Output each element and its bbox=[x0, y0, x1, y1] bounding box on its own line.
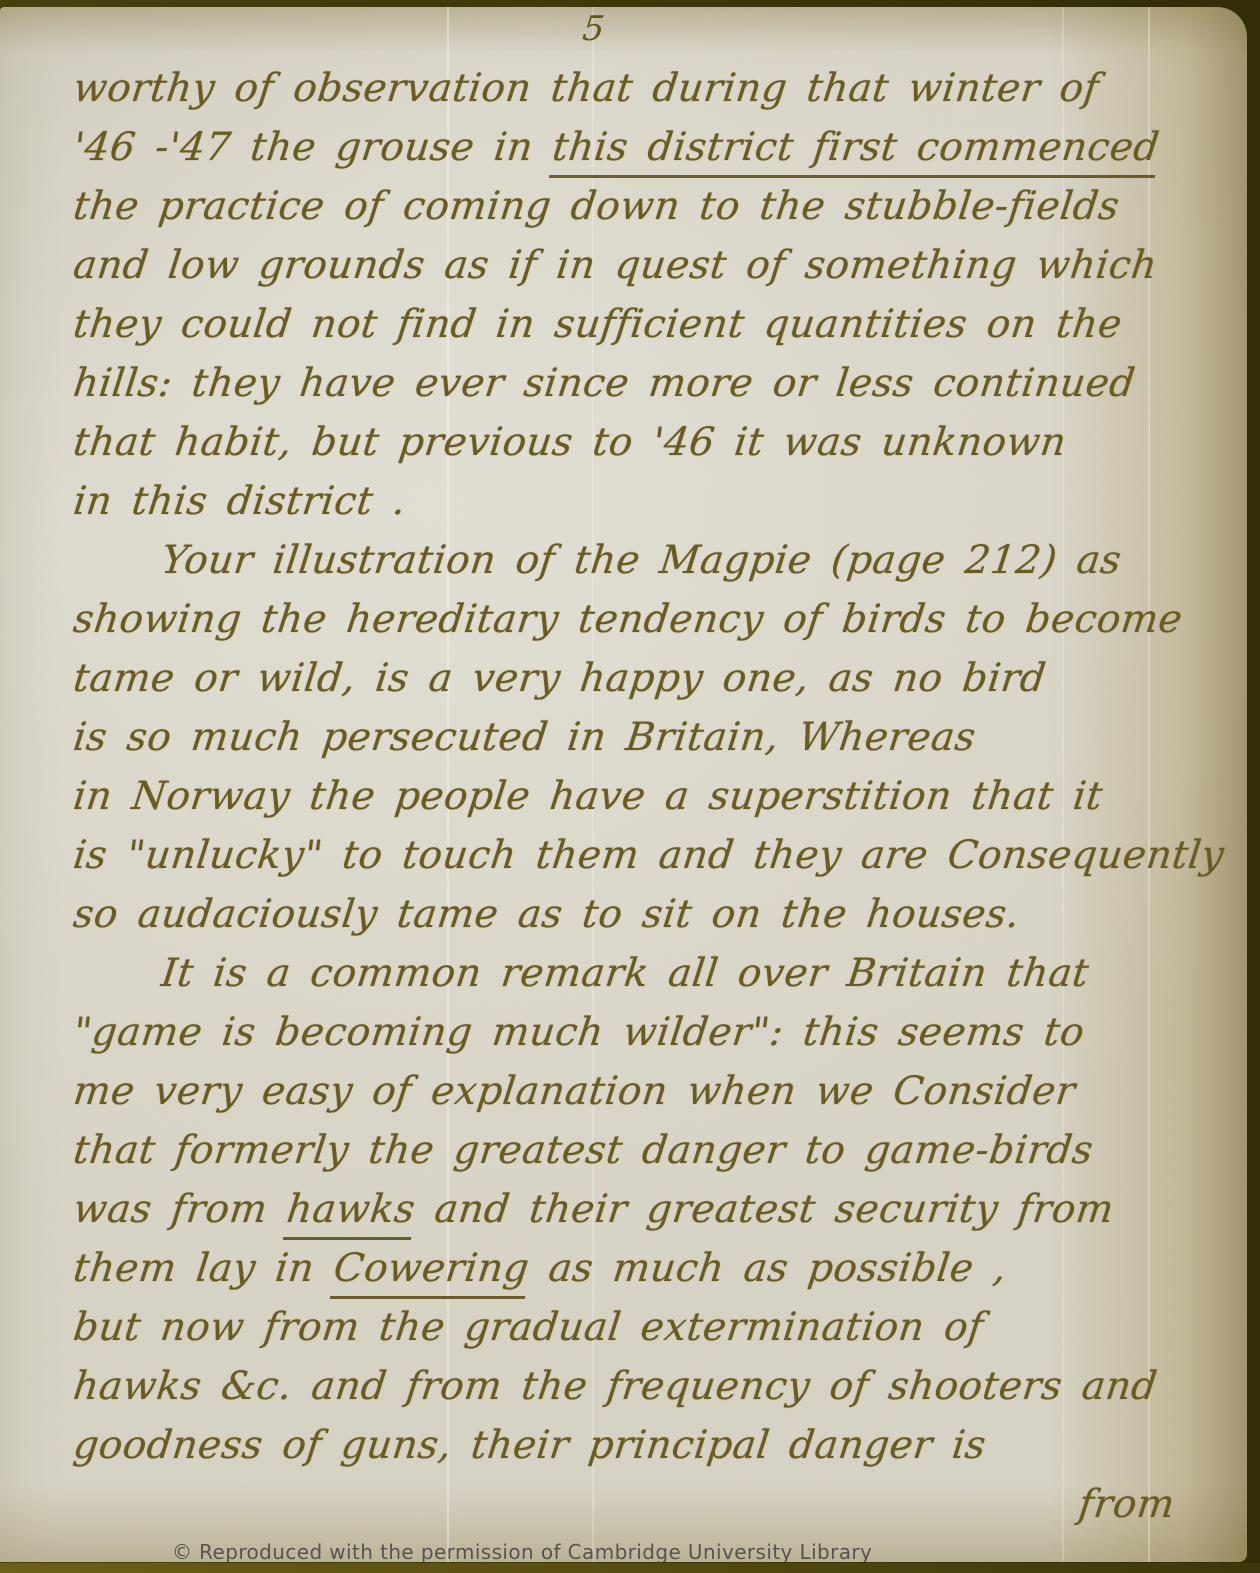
manuscript-line: that habit, but previous to '46 it was u… bbox=[70, 413, 1236, 472]
handwritten-text: goodness of guns, their principal danger… bbox=[71, 1423, 989, 1468]
manuscript-line: and low grounds as if in quest of someth… bbox=[70, 236, 1236, 295]
manuscript-line: the practice of coming down to the stubb… bbox=[70, 177, 1236, 236]
manuscript-line: Your illustration of the Magpie (page 21… bbox=[70, 531, 1236, 590]
handwritten-text: "game is becoming much wilder": this see… bbox=[71, 1010, 1087, 1055]
handwritten-text: is "unlucky" to touch them and they are … bbox=[71, 833, 1227, 878]
scanned-page: 5 worthy of observation that during that… bbox=[0, 0, 1260, 1573]
paper: 5 worthy of observation that during that… bbox=[0, 7, 1247, 1562]
handwritten-text: tame or wild, is a very happy one, as no… bbox=[71, 656, 1049, 701]
manuscript-line: hills: they have ever since more or less… bbox=[70, 354, 1236, 413]
handwritten-text: It is a common remark all over Britain t… bbox=[159, 951, 1092, 996]
manuscript-line: is "unlucky" to touch them and they are … bbox=[70, 826, 1236, 885]
handwritten-text: but now from the gradual extermination o… bbox=[71, 1305, 986, 1350]
manuscript-line: in Norway the people have a superstition… bbox=[70, 767, 1236, 826]
manuscript-line: was from hawks and their greatest securi… bbox=[70, 1180, 1236, 1239]
handwritten-text: Your illustration of the Magpie (page 21… bbox=[159, 538, 1124, 583]
manuscript-line: so audaciously tame as to sit on the hou… bbox=[70, 885, 1236, 944]
handwritten-text: is so much persecuted in Britain, Wherea… bbox=[71, 715, 978, 760]
handwritten-text: worthy of observation that during that w… bbox=[71, 66, 1102, 111]
handwritten-text: so audaciously tame as to sit on the hou… bbox=[71, 892, 1022, 937]
underlined-handwritten-text: Cowering bbox=[330, 1246, 531, 1299]
manuscript-line: '46 -'47 the grouse in this district fir… bbox=[70, 118, 1236, 177]
handwritten-text: and low grounds as if in quest of someth… bbox=[71, 243, 1160, 288]
handwritten-text: and their greatest security from bbox=[412, 1187, 1116, 1232]
handwritten-text: hawks &c. and from the frequency of shoo… bbox=[71, 1364, 1160, 1409]
handwritten-text: showing the hereditary tendency of birds… bbox=[71, 597, 1185, 642]
copyright-notice: © Reproduced with the permission of Camb… bbox=[172, 1540, 872, 1562]
underlined-handwritten-text: this district first commenced bbox=[549, 125, 1162, 178]
manuscript-line: that formerly the greatest danger to gam… bbox=[70, 1121, 1236, 1180]
page-number: 5 bbox=[0, 9, 1189, 49]
handwritten-text: me very easy of explanation when we Cons… bbox=[71, 1069, 1078, 1114]
manuscript-line: showing the hereditary tendency of birds… bbox=[70, 590, 1236, 649]
underlined-handwritten-text: hawks bbox=[283, 1187, 417, 1240]
manuscript-line: worthy of observation that during that w… bbox=[70, 59, 1236, 118]
handwritten-text: that habit, but previous to '46 it was u… bbox=[71, 420, 1069, 465]
scan-edge-bottom bbox=[0, 1563, 1260, 1573]
manuscript-line: hawks &c. and from the frequency of shoo… bbox=[70, 1357, 1236, 1416]
manuscript-lines: worthy of observation that during that w… bbox=[70, 59, 1229, 1534]
handwritten-text: them lay in bbox=[71, 1246, 337, 1291]
handwritten-text: '46 -'47 the grouse in bbox=[71, 125, 556, 170]
handwritten-text: as much as possible , bbox=[526, 1246, 1009, 1291]
handwritten-text: they could not find in sufficient quanti… bbox=[71, 302, 1125, 347]
handwritten-text: from bbox=[1076, 1482, 1177, 1527]
manuscript-line: them lay in Cowering as much as possible… bbox=[70, 1239, 1236, 1298]
manuscript-line: is so much persecuted in Britain, Wherea… bbox=[70, 708, 1236, 767]
manuscript-line: in this district . bbox=[70, 472, 1236, 531]
manuscript-line: they could not find in sufficient quanti… bbox=[70, 295, 1236, 354]
handwritten-text: in Norway the people have a superstition… bbox=[71, 774, 1105, 819]
handwritten-text: in this district . bbox=[71, 479, 409, 524]
handwritten-text: that formerly the greatest danger to gam… bbox=[71, 1128, 1096, 1173]
handwritten-text: was from bbox=[71, 1187, 290, 1232]
manuscript-line: me very easy of explanation when we Cons… bbox=[70, 1062, 1236, 1121]
manuscript-line: It is a common remark all over Britain t… bbox=[70, 944, 1236, 1003]
manuscript-line: from bbox=[70, 1475, 1236, 1534]
manuscript-line: tame or wild, is a very happy one, as no… bbox=[70, 649, 1236, 708]
handwritten-text: the practice of coming down to the stubb… bbox=[71, 184, 1122, 229]
manuscript-line: "game is becoming much wilder": this see… bbox=[70, 1003, 1236, 1062]
manuscript-line: goodness of guns, their principal danger… bbox=[70, 1416, 1236, 1475]
manuscript-line: but now from the gradual extermination o… bbox=[70, 1298, 1236, 1357]
handwritten-text: hills: they have ever since more or less… bbox=[71, 361, 1138, 406]
